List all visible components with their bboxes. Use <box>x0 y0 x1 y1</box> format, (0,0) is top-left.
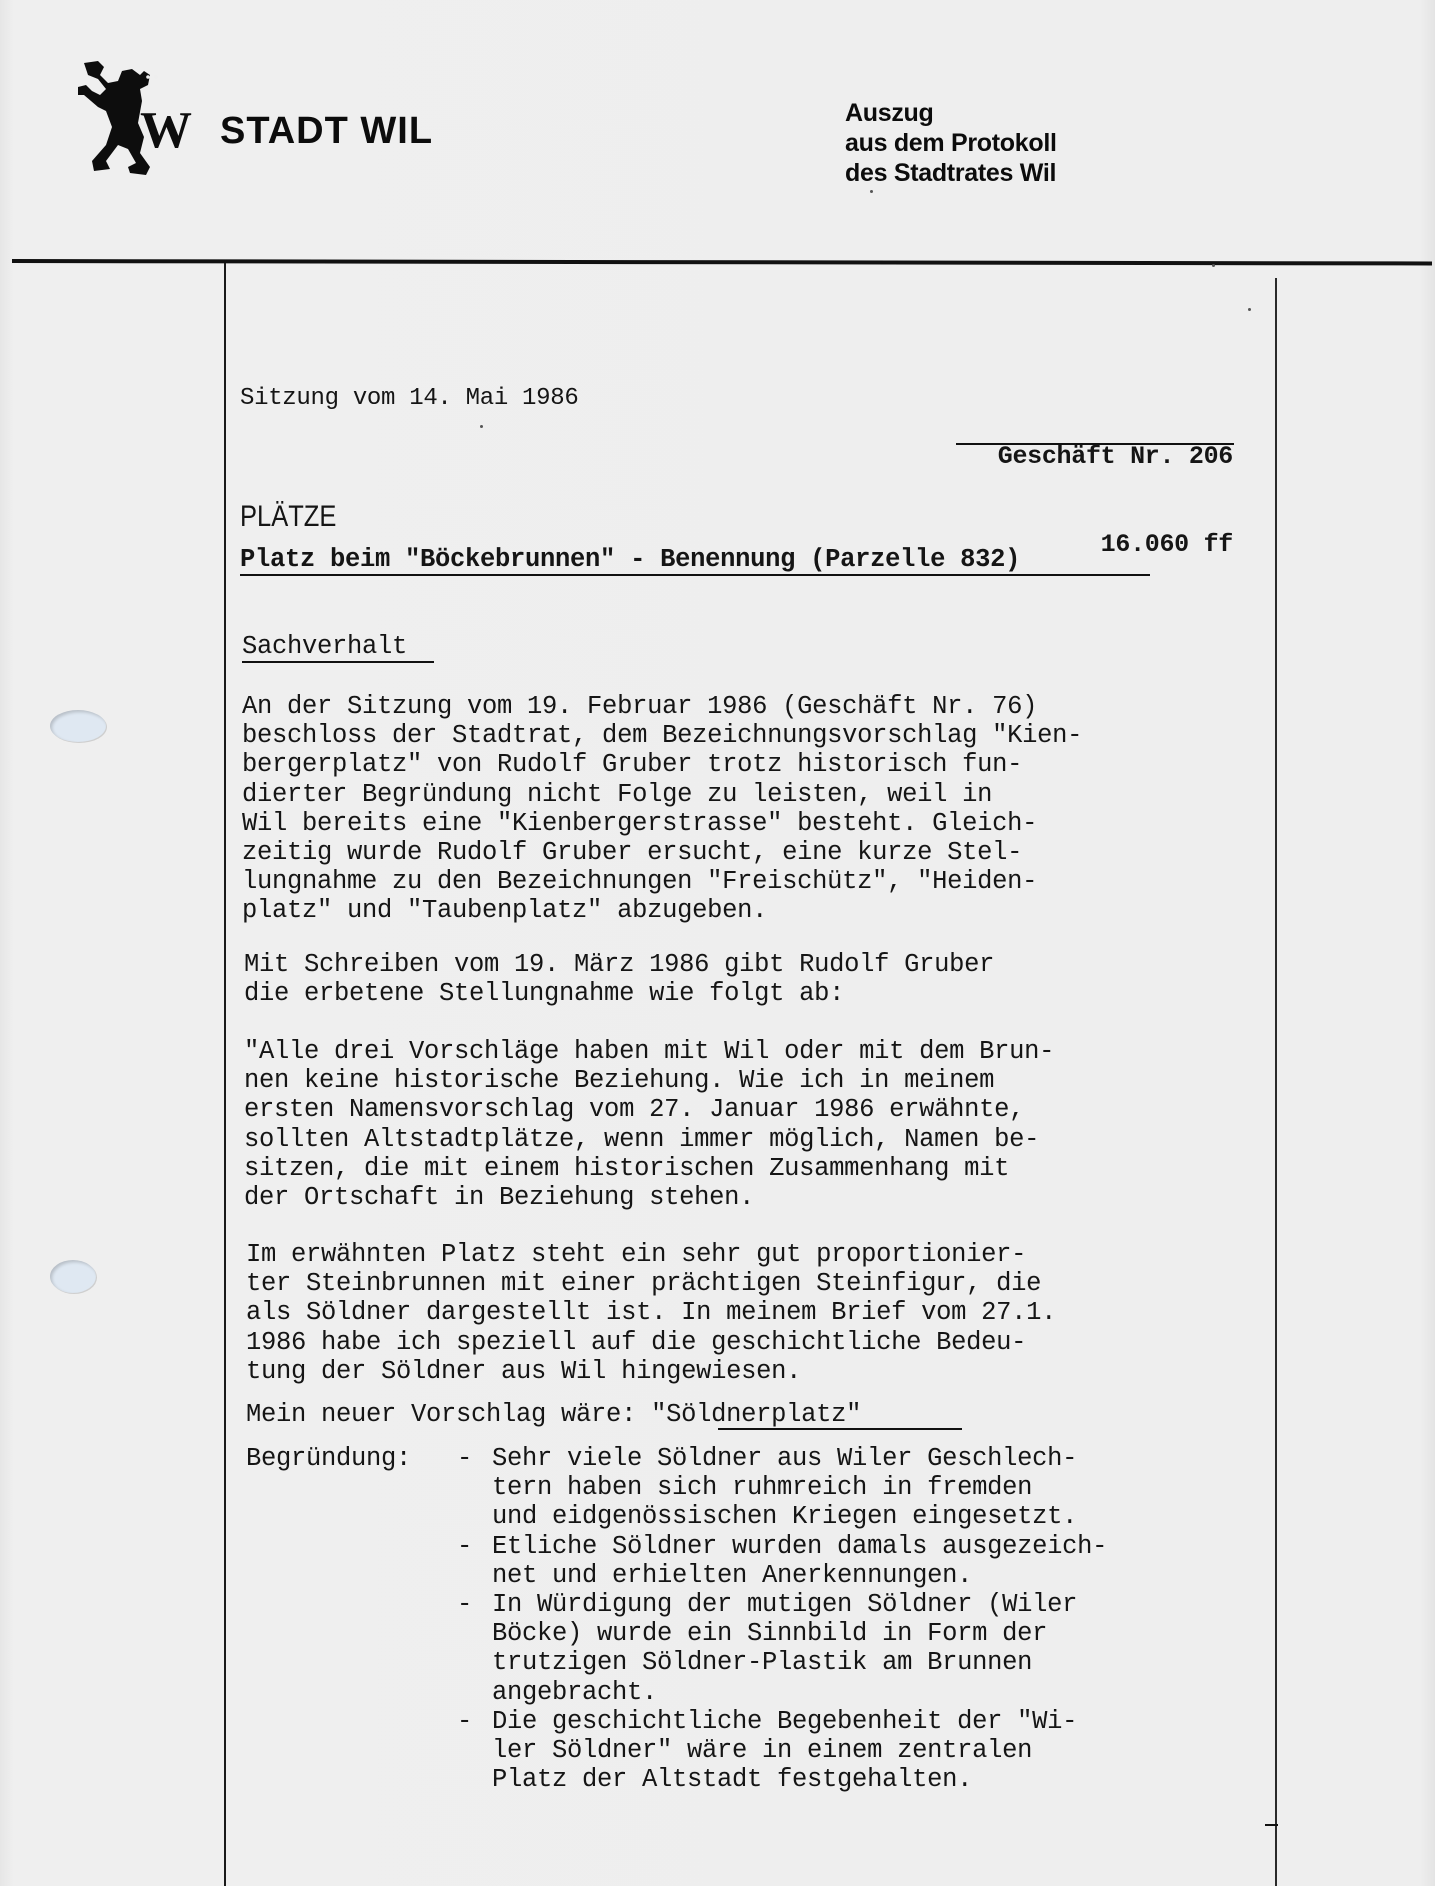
subject-underline <box>240 574 1150 576</box>
svg-text:W: W <box>140 102 192 159</box>
facts-heading: Sachverhalt <box>242 632 407 661</box>
reason-text: Sehr viele Söldner aus Wiler Geschlech- … <box>492 1444 1077 1531</box>
section-title: PLÄTZE <box>240 500 336 534</box>
left-margin-line <box>224 263 226 1886</box>
subject-line: Platz beim "Böckebrunnen" - Benennung (P… <box>240 545 1020 574</box>
dash-bullet: - <box>457 1532 472 1561</box>
dash-bullet: - <box>457 1590 472 1619</box>
reason-text: Die geschichtliche Begebenheit der "Wi- … <box>492 1707 1077 1794</box>
punch-hole <box>50 710 106 742</box>
proposal-label: Mein neuer Vorschlag wäre: <box>246 1400 651 1429</box>
brand-name: STADT WIL <box>220 110 433 153</box>
business-number: Geschäft Nr. 206 <box>953 442 1233 471</box>
punch-hole <box>50 1260 96 1293</box>
session-date: Sitzung vom 14. Mai 1986 <box>240 384 578 413</box>
proposal-underline <box>718 1428 962 1430</box>
reason-item: -Sehr viele Söldner aus Wiler Geschlech-… <box>457 1444 1107 1532</box>
meta-underline <box>956 443 1234 445</box>
proposal-line: Mein neuer Vorschlag wäre: "Söldnerplatz… <box>246 1400 861 1429</box>
quoted-paragraph: Im erwähnten Platz steht ein sehr gut pr… <box>246 1240 1056 1386</box>
proposal-value: "Söldnerplatz" <box>651 1400 861 1429</box>
bear-crest-icon: W <box>62 55 192 190</box>
reasons-list: -Sehr viele Söldner aus Wiler Geschlech-… <box>457 1444 1107 1794</box>
right-margin-line <box>1275 278 1277 1886</box>
reason-item: -In Würdigung der mutigen Söldner (Wiler… <box>457 1590 1107 1707</box>
dash-bullet: - <box>457 1444 472 1473</box>
reasons-label: Begründung: <box>246 1444 411 1473</box>
facts-heading-underline <box>242 661 434 663</box>
protocol-note-line: aus dem Protokoll <box>845 128 1057 158</box>
paragraph: An der Sitzung vom 19. Februar 1986 (Ges… <box>242 692 1082 926</box>
reason-text: Etliche Söldner wurden damals ausgezeich… <box>492 1532 1107 1590</box>
scan-speck <box>1248 308 1251 311</box>
scan-speck <box>870 190 873 193</box>
fold-mark <box>1265 1824 1278 1826</box>
dash-bullet: - <box>457 1707 472 1736</box>
protocol-note-line: des Stadtrates Wil <box>845 158 1057 188</box>
protocol-note-line: Auszug <box>845 98 1057 128</box>
reason-text: In Würdigung der mutigen Söldner (Wiler … <box>492 1590 1077 1707</box>
quoted-paragraph: "Alle drei Vorschläge haben mit Wil oder… <box>244 1037 1054 1212</box>
scan-speck <box>480 425 483 428</box>
protocol-note: Auszug aus dem Protokoll des Stadtrates … <box>845 98 1057 188</box>
reason-item: -Die geschichtliche Begebenheit der "Wi-… <box>457 1707 1107 1795</box>
scan-speck <box>1212 264 1215 267</box>
reason-item: -Etliche Söldner wurden damals ausgezeic… <box>457 1532 1107 1590</box>
paragraph: Mit Schreiben vom 19. März 1986 gibt Rud… <box>244 950 994 1008</box>
